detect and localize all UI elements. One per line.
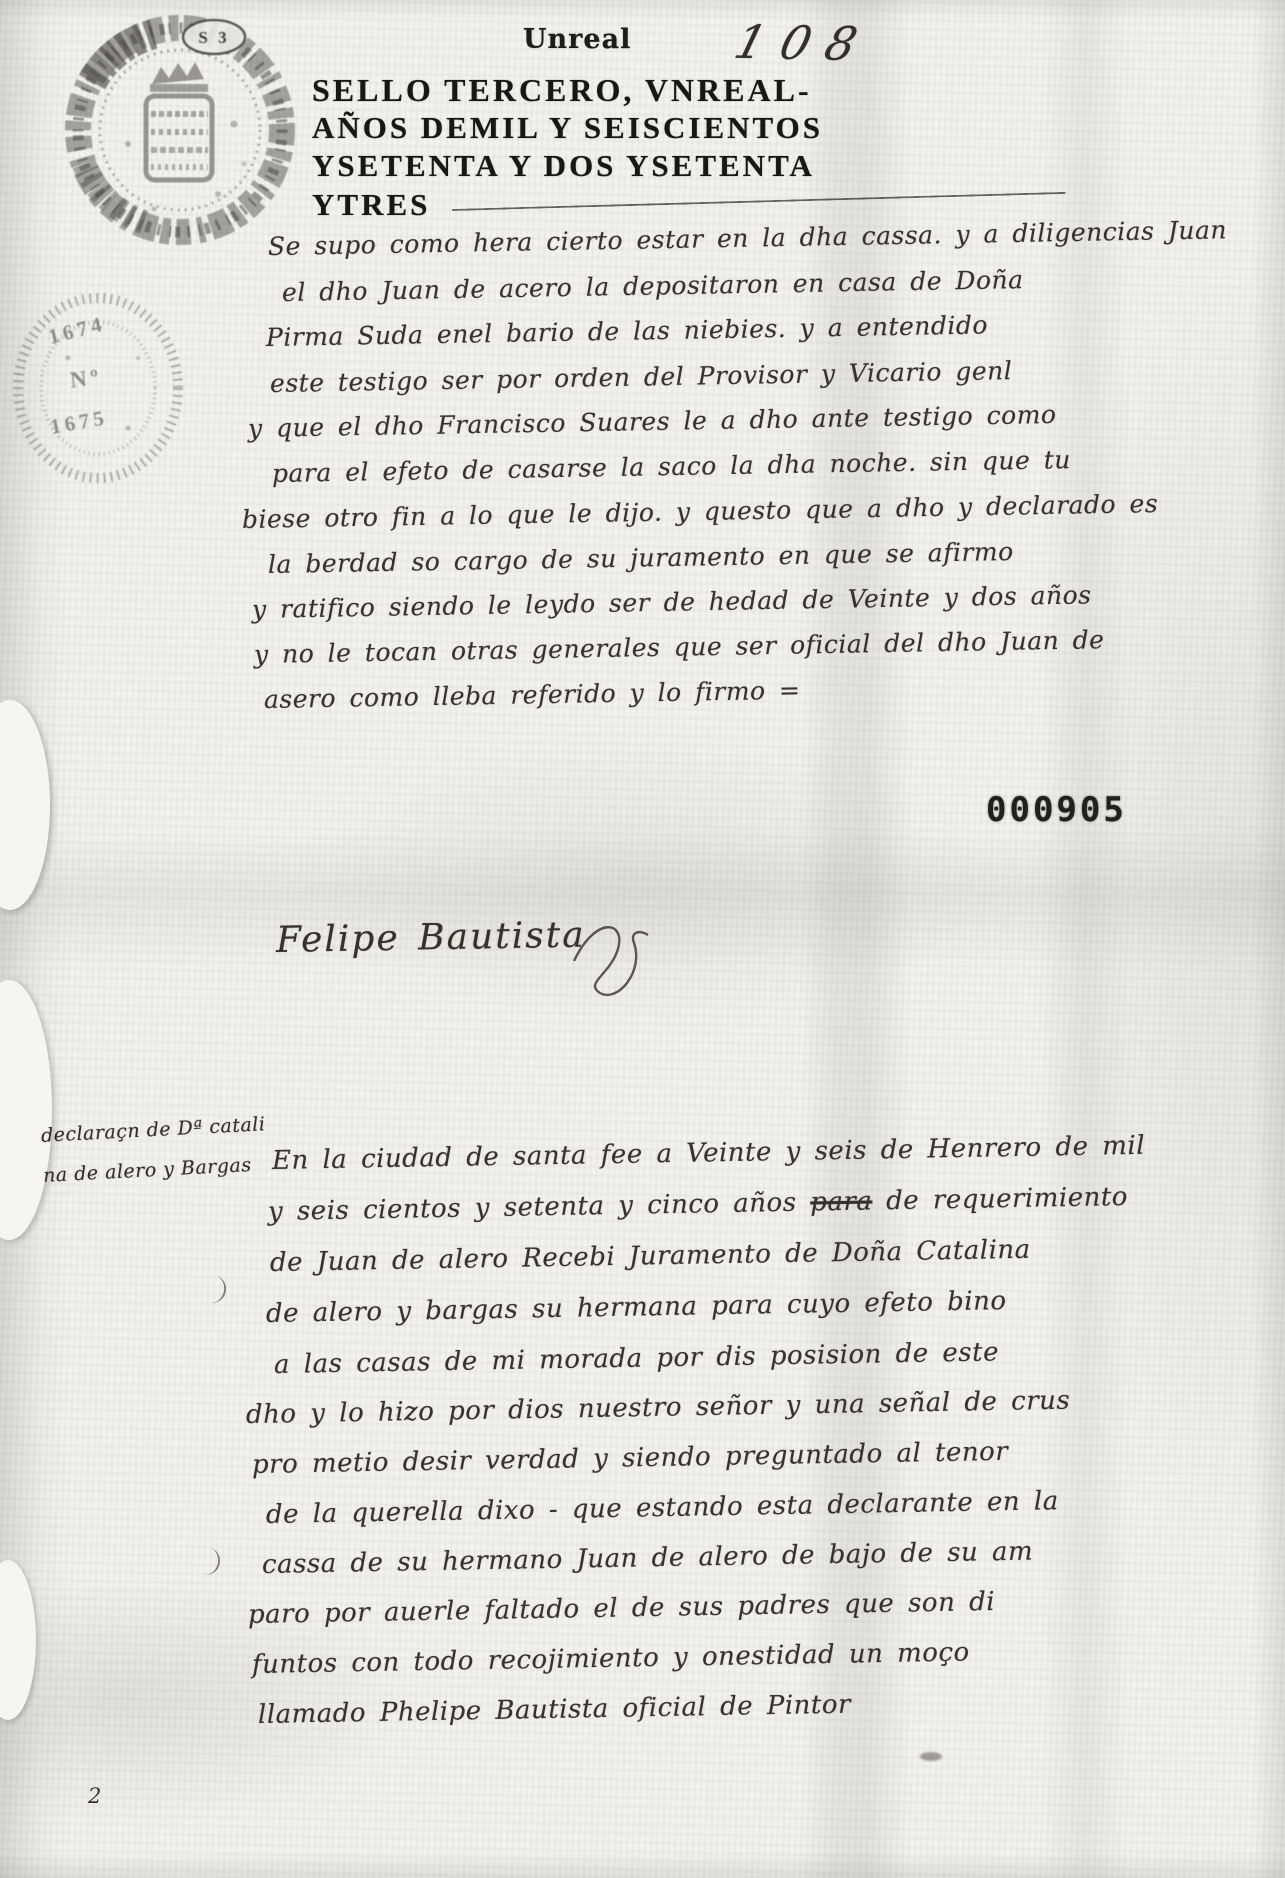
margin-flourish — [208, 1275, 229, 1305]
declaration-struck-word: para — [810, 1186, 873, 1217]
seal-engraving — [58, 4, 300, 256]
testimony-line: para el efeto de casarse la saco la dha … — [272, 445, 1071, 488]
folio-number: 108 — [729, 15, 879, 71]
declaration-line: dho y lo hizo por dios nuestro señor y u… — [246, 1386, 1071, 1430]
declaration-line: y seis cientos y setenta y cinco años pa… — [268, 1182, 1128, 1227]
declaration-line: de la querella dixo - que estando esta d… — [266, 1486, 1059, 1530]
testimony-line: biese otro fin a lo que le dijo. y quest… — [242, 489, 1159, 534]
torn-edge-notch — [0, 980, 52, 1240]
tax-value-label: Unreal — [523, 24, 631, 55]
declaration-line: llamado Phelipe Bautista oficial de Pint… — [258, 1690, 851, 1730]
testimony-line: y que el dho Francisco Suares le a dho a… — [248, 400, 1057, 443]
printed-header-line: SELLO TERCERO, VNREAL- — [312, 72, 812, 109]
printed-header-line: YSETENTA Y DOS YSETENTA — [312, 148, 815, 184]
torn-edge-notch — [0, 1560, 36, 1720]
header-underline-rule — [452, 192, 1066, 211]
testimony-line: el dho Juan de acero la depositaron en c… — [282, 265, 1024, 307]
ink-smudge — [920, 1752, 942, 1761]
declaration-line-pre: y seis cientos y setenta y cinco años — [268, 1188, 811, 1227]
signature-felipe-bautista: Felipe Bautista — [276, 915, 586, 961]
seal-cartouche-label: S 3 — [186, 24, 242, 52]
testimony-line: asero como lleba referido y lo firmo = — [264, 676, 801, 714]
page-mark: 2 — [88, 1784, 101, 1808]
signature-rubric — [560, 905, 670, 1019]
control-number-stamp: 000905 — [986, 790, 1127, 830]
margin-note-declaration: declaraçn de Dª catali na de alero y Bar… — [40, 1102, 304, 1195]
declaration-line-post: de requerimiento — [872, 1182, 1128, 1216]
manuscript-page: S 3 1674 Nº 1675 Unreal 108 SELLO TERCER… — [0, 0, 1285, 1878]
revalidation-stamp: 1674 Nº 1675 — [8, 288, 190, 490]
testimony-line: y ratifico siendo le leydo ser de hedad … — [252, 580, 1092, 624]
margin-flourish — [202, 1547, 223, 1577]
printed-header-line: YTRES — [312, 187, 430, 223]
printed-header-line: AÑOS DEMIL Y SEISCIENTOS — [312, 110, 823, 146]
declaration-line: cassa de su hermano Juan de alero de baj… — [262, 1537, 1034, 1580]
revalidation-center-mark: Nº — [69, 364, 104, 393]
declaration-line: En la ciudad de santa fee a Veinte y sei… — [272, 1131, 1146, 1176]
sello-tercero-seal: S 3 — [58, 4, 300, 256]
declaration-line: de Juan de alero Recebi Juramento de Doñ… — [270, 1235, 1031, 1278]
testimony-line: y no le tocan otras generales que ser of… — [254, 625, 1105, 669]
